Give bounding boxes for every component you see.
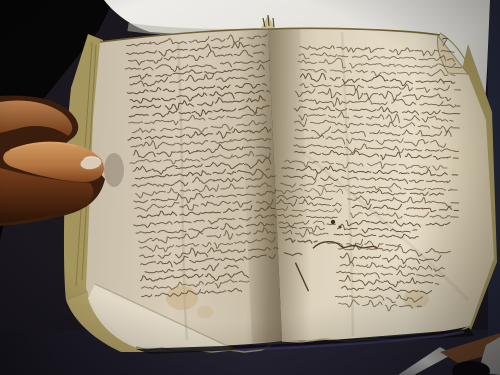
vignette-overlay [0, 0, 500, 375]
photo-of-open-manuscript: 7 [0, 0, 500, 375]
scene-canvas: 7 [0, 0, 500, 375]
